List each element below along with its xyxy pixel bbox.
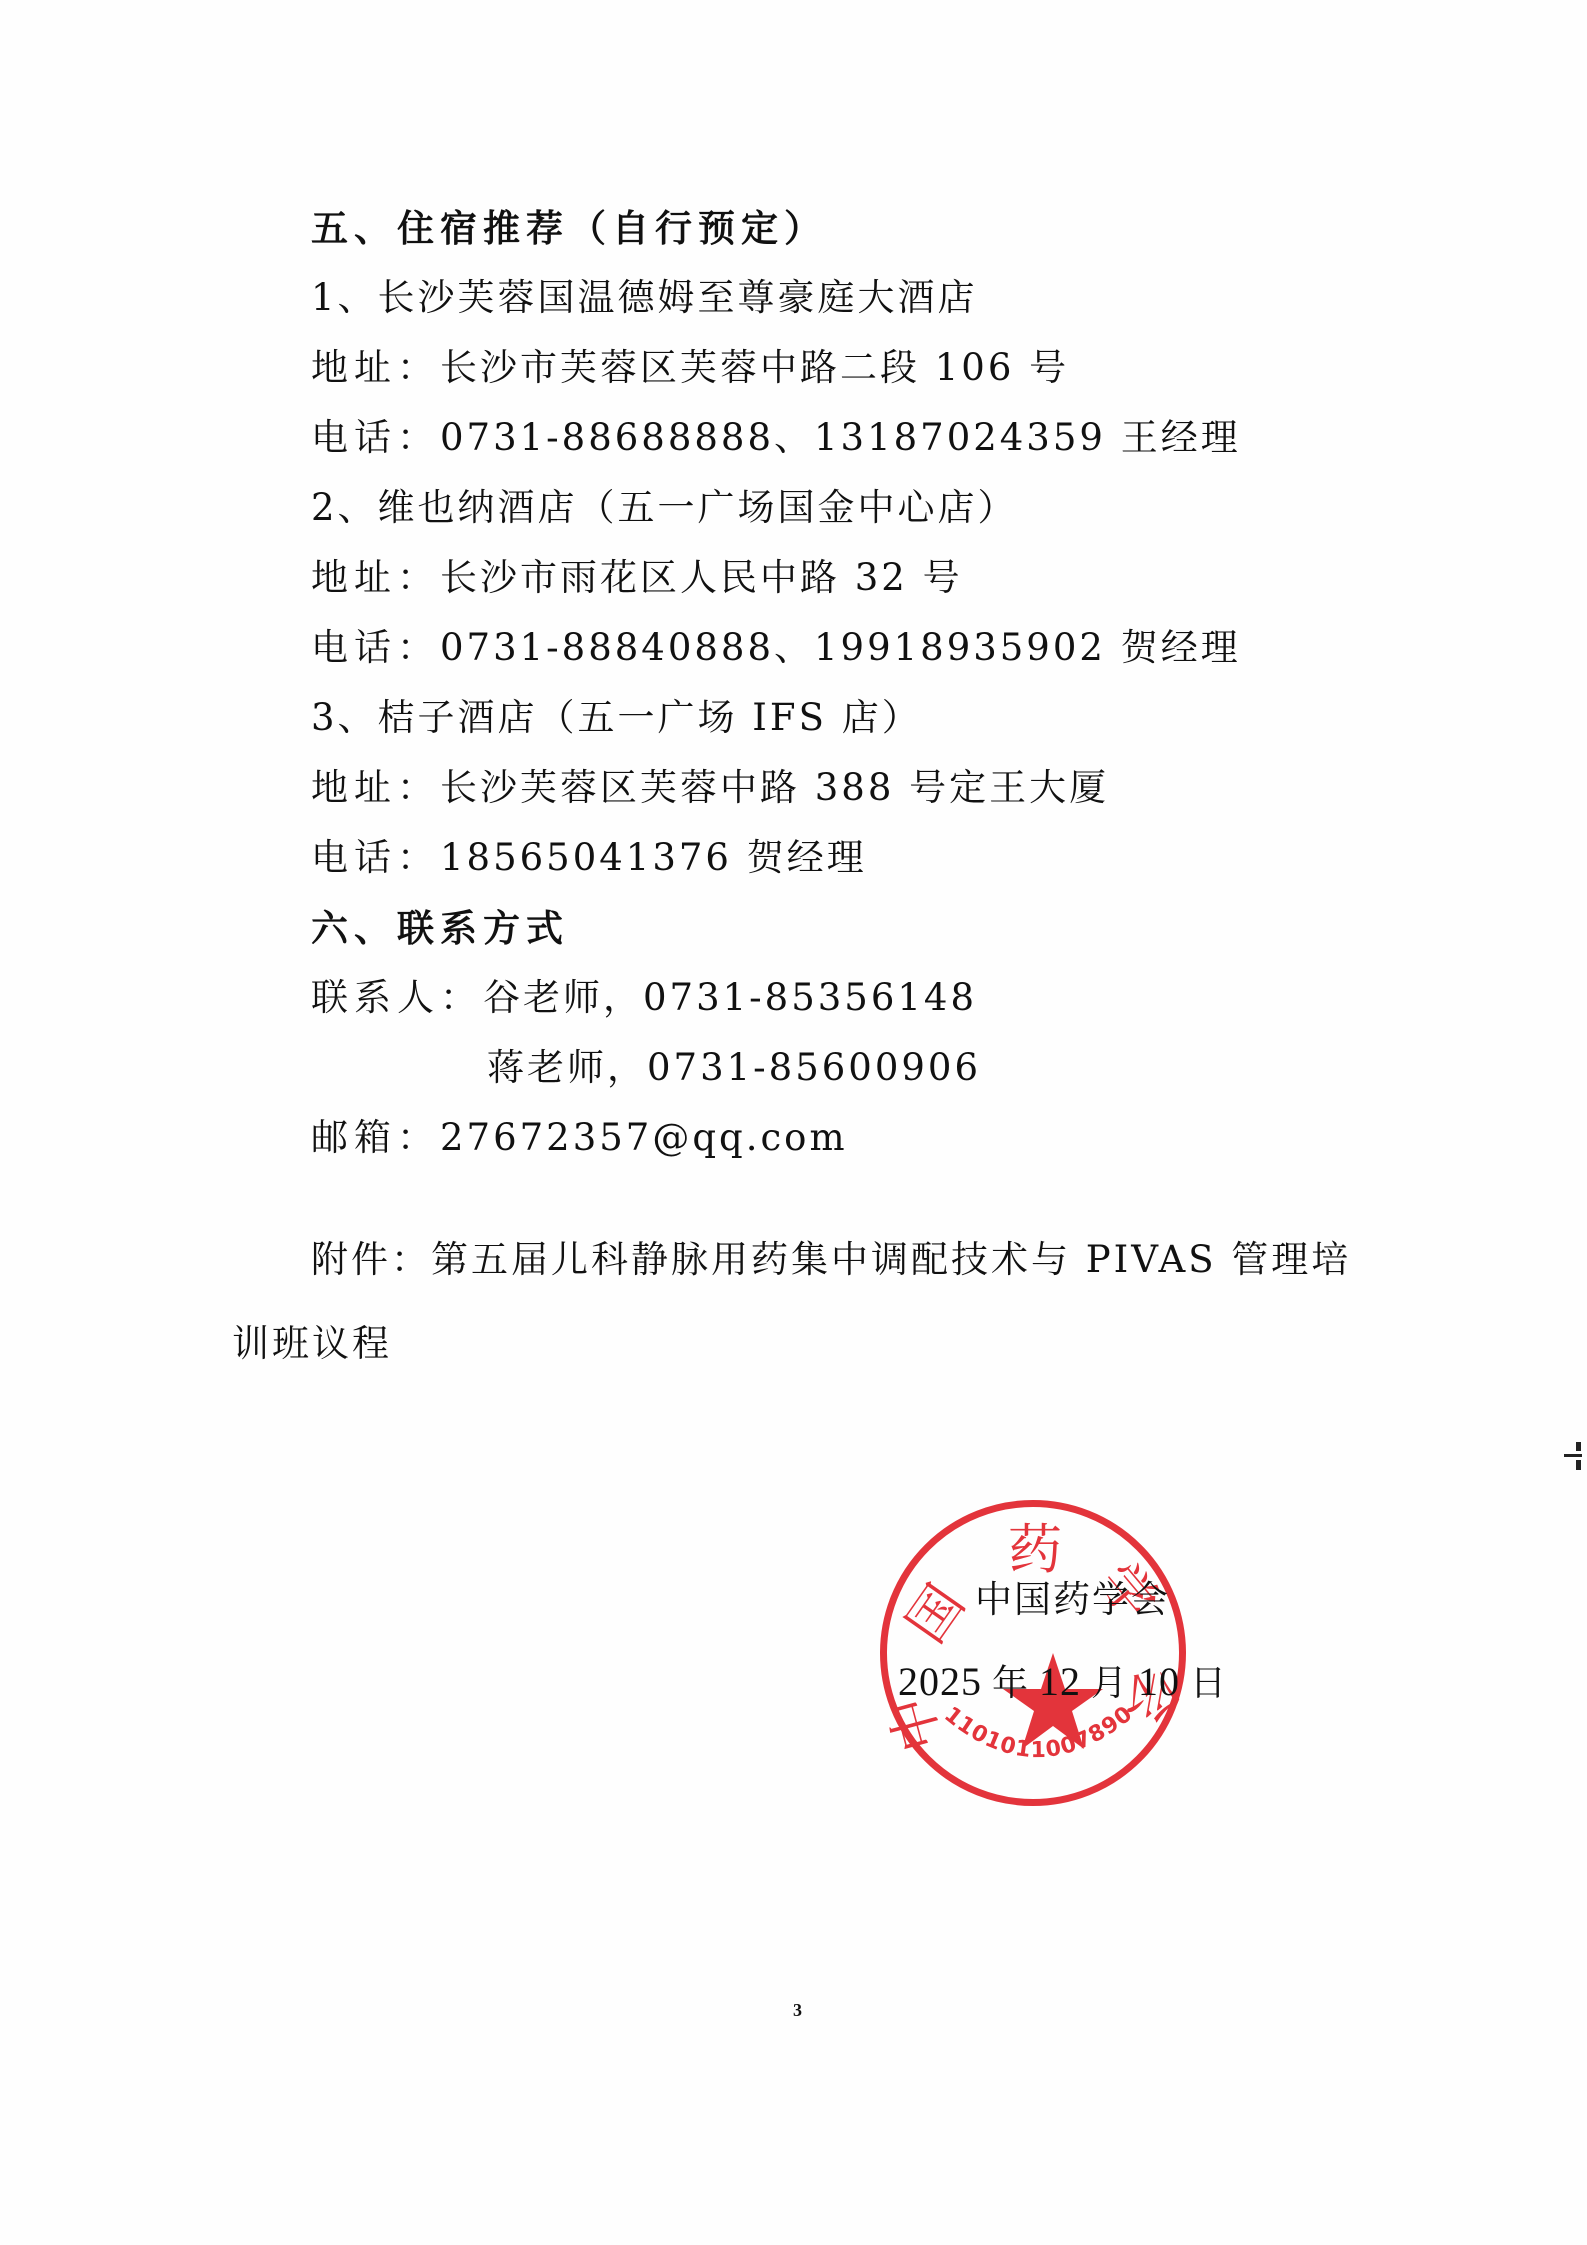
contact-label: 联系人： — [311, 976, 483, 1019]
hotel-2-title: 2、维也纳酒店（五一广场国金中心店） — [311, 486, 1018, 530]
phone-value: 18565041376 贺经理 — [440, 836, 867, 879]
hotel-3-title: 3、桔子酒店（五一广场 IFS 店） — [311, 696, 922, 740]
svg-text:11010110078905: 11010110078905 — [937, 1707, 1137, 1763]
section-heading-contact: 六、联系方式 — [311, 906, 569, 950]
hotel-1-phone: 电话：0731-88688888、13187024359 王经理 — [311, 416, 1241, 460]
address-value: 长沙芙蓉区芙蓉中路 388 号定王大厦 — [440, 766, 1109, 809]
hotel-2-address: 地址：长沙市雨花区人民中路 32 号 — [311, 556, 963, 600]
date-day-unit: 日 — [1190, 1663, 1227, 1704]
signing-date: 2025年12月10日 — [898, 1660, 1237, 1706]
attachment-line-1: 附件：第五届儿科静脉用药集中调配技术与 PIVAS 管理培 — [311, 1238, 1351, 1282]
email-value[interactable]: 27672357@qq.com — [440, 1116, 848, 1159]
address-label: 地址： — [311, 556, 440, 599]
official-seal: 药 国 中 学 会 11010110078905 — [880, 1500, 1186, 1806]
date-month: 12 — [1039, 1659, 1081, 1704]
hotel-3-phone: 电话：18565041376 贺经理 — [311, 836, 867, 880]
contact-person-2: 蒋老师，0731-85600906 — [487, 1046, 981, 1090]
address-label: 地址： — [311, 346, 440, 389]
email-label: 邮箱： — [311, 1116, 440, 1159]
contact-value: 谷老师，0731-85356148 — [483, 976, 977, 1019]
seal-registration-code: 11010110078905 — [937, 1707, 1137, 1787]
phone-label: 电话： — [311, 836, 440, 879]
document-page: 五、住宿推荐（自行预定） 1、长沙芙蓉国温德姆至尊豪庭大酒店 地址：长沙市芙蓉区… — [0, 0, 1587, 2245]
contact-person-1: 联系人：谷老师，0731-85356148 — [311, 976, 977, 1020]
contact-email: 邮箱：27672357@qq.com — [311, 1116, 848, 1160]
phone-label: 电话： — [311, 416, 440, 459]
signing-organization: 中国药学会 — [975, 1578, 1170, 1622]
phone-value: 0731-88688888、13187024359 王经理 — [440, 416, 1241, 459]
edge-mark-icon — [1562, 1440, 1584, 1474]
hotel-2-phone: 电话：0731-88840888、19918935902 贺经理 — [311, 626, 1241, 670]
seal-char-guo: 国 — [898, 1576, 973, 1651]
date-day: 10 — [1138, 1659, 1180, 1704]
section-heading-accommodation: 五、住宿推荐（自行预定） — [311, 206, 827, 250]
phone-value: 0731-88840888、19918935902 贺经理 — [440, 626, 1241, 669]
date-month-unit: 月 — [1091, 1663, 1128, 1704]
hotel-1-address: 地址：长沙市芙蓉区芙蓉中路二段 106 号 — [311, 346, 1069, 390]
page-number: 3 — [793, 2000, 802, 2021]
address-value: 长沙市芙蓉区芙蓉中路二段 106 号 — [440, 346, 1069, 389]
attachment-line-2: 训班议程 — [232, 1322, 392, 1366]
hotel-1-title: 1、长沙芙蓉国温德姆至尊豪庭大酒店 — [311, 276, 978, 320]
date-year: 2025 — [898, 1659, 982, 1704]
date-year-unit: 年 — [992, 1663, 1029, 1704]
address-label: 地址： — [311, 766, 440, 809]
seal-char-yao: 药 — [1008, 1523, 1062, 1577]
hotel-3-address: 地址：长沙芙蓉区芙蓉中路 388 号定王大厦 — [311, 766, 1109, 810]
phone-label: 电话： — [311, 626, 440, 669]
address-value: 长沙市雨花区人民中路 32 号 — [440, 556, 963, 599]
